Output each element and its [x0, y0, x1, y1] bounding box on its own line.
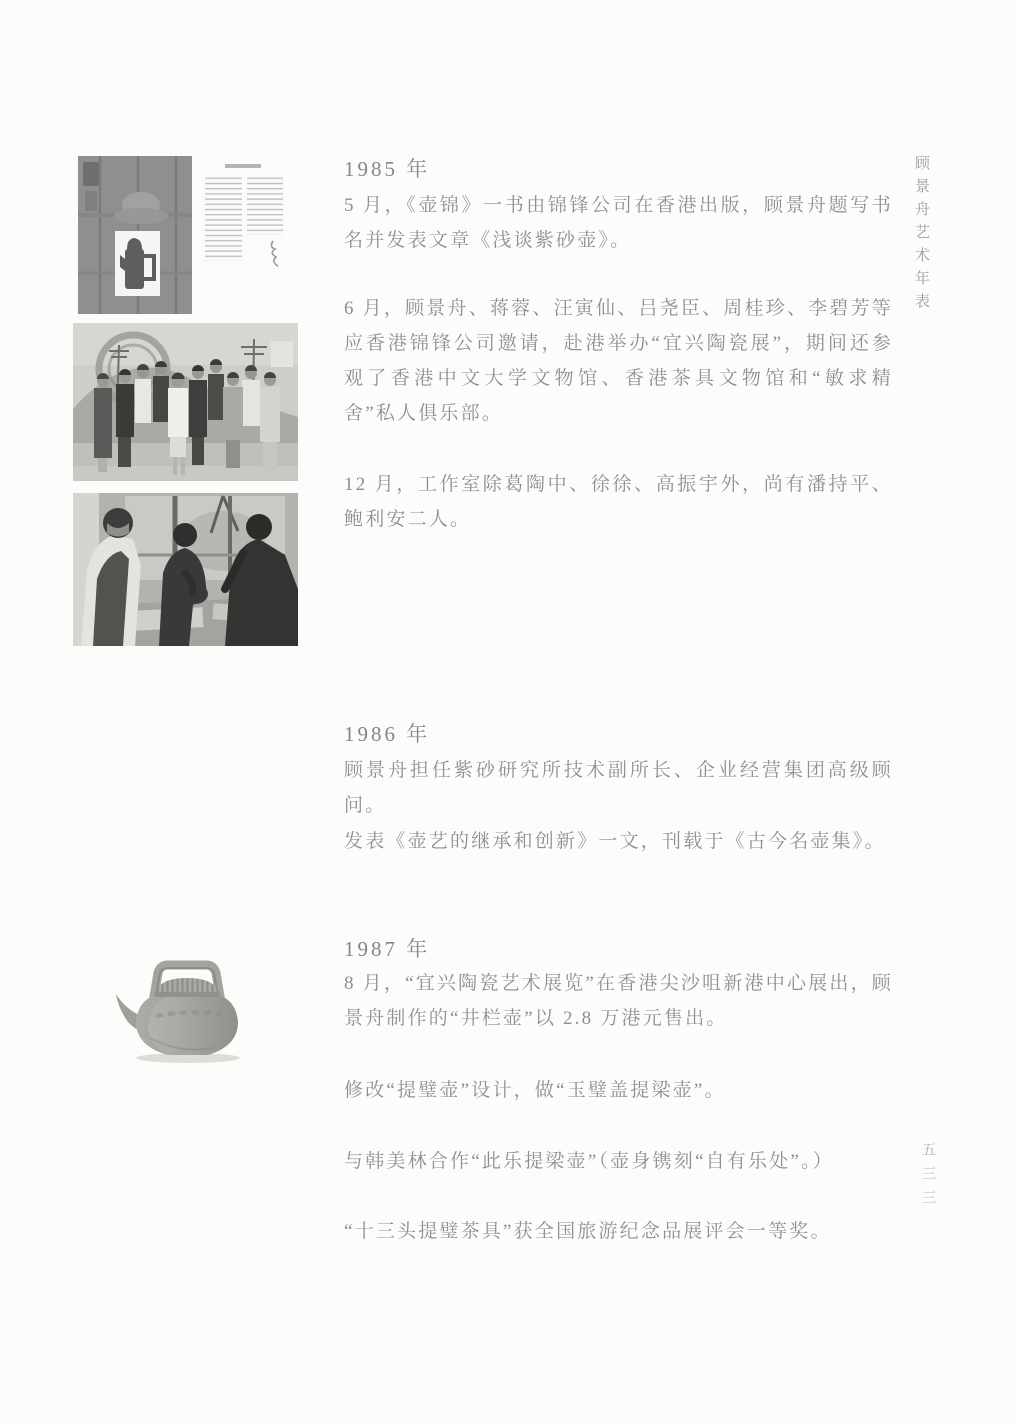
group-photo-image: [73, 323, 298, 481]
photo-group: [73, 323, 298, 481]
year-heading-1985: 1985 年: [344, 152, 430, 187]
timeline-entry: “十三头提璧茶具”获全国旅游纪念品展评会一等奖。: [344, 1214, 893, 1249]
photo-teapot: [110, 942, 262, 1066]
year-heading-1986: 1986 年: [344, 717, 430, 752]
timeline-entry: 顾景舟担任紫砂研究所技术副所长、企业经营集团高级顾问。: [344, 753, 893, 823]
timeline-entry: 修改“提璧壶”设计，做“玉璧盖提梁壶”。: [344, 1073, 893, 1108]
scanned-page: 1985 年 5 月，《壶锦》一书由锦锋公司在香港出版，顾景舟题写书名并发表文章…: [0, 0, 1016, 1424]
workshop-photo-image: [73, 493, 298, 646]
timeline-entry: 发表《壶艺的继承和创新》一文，刊载于《古今名壶集》。: [344, 824, 893, 859]
photo-workshop: [73, 493, 298, 646]
book-spread-image: [75, 155, 300, 315]
page-number: 五三三: [917, 1142, 937, 1214]
year-heading-1987: 1987 年: [344, 932, 430, 967]
timeline-entry: 与韩美林合作“此乐提梁壶”（壶身镌刻“自有乐处”。）: [344, 1144, 893, 1179]
teapot-image: [110, 942, 262, 1066]
timeline-entry: 6 月，顾景舟、蒋蓉、汪寅仙、吕尧臣、周桂珍、李碧芳等应香港锦锋公司邀请，赴港举…: [344, 291, 893, 431]
timeline-entry: 8 月，“宜兴陶瓷艺术展览”在香港尖沙咀新港中心展出，顾景舟制作的“井栏壶”以 …: [344, 966, 893, 1036]
margin-caption: 顾景舟艺术年表: [911, 155, 932, 316]
photo-book-spread: [75, 155, 300, 315]
timeline-entry: 12 月，工作室除葛陶中、徐徐、高振宇外，尚有潘持平、鲍利安二人。: [344, 467, 893, 537]
timeline-entry: 5 月，《壶锦》一书由锦锋公司在香港出版，顾景舟题写书名并发表文章《浅谈紫砂壶》…: [344, 188, 893, 258]
